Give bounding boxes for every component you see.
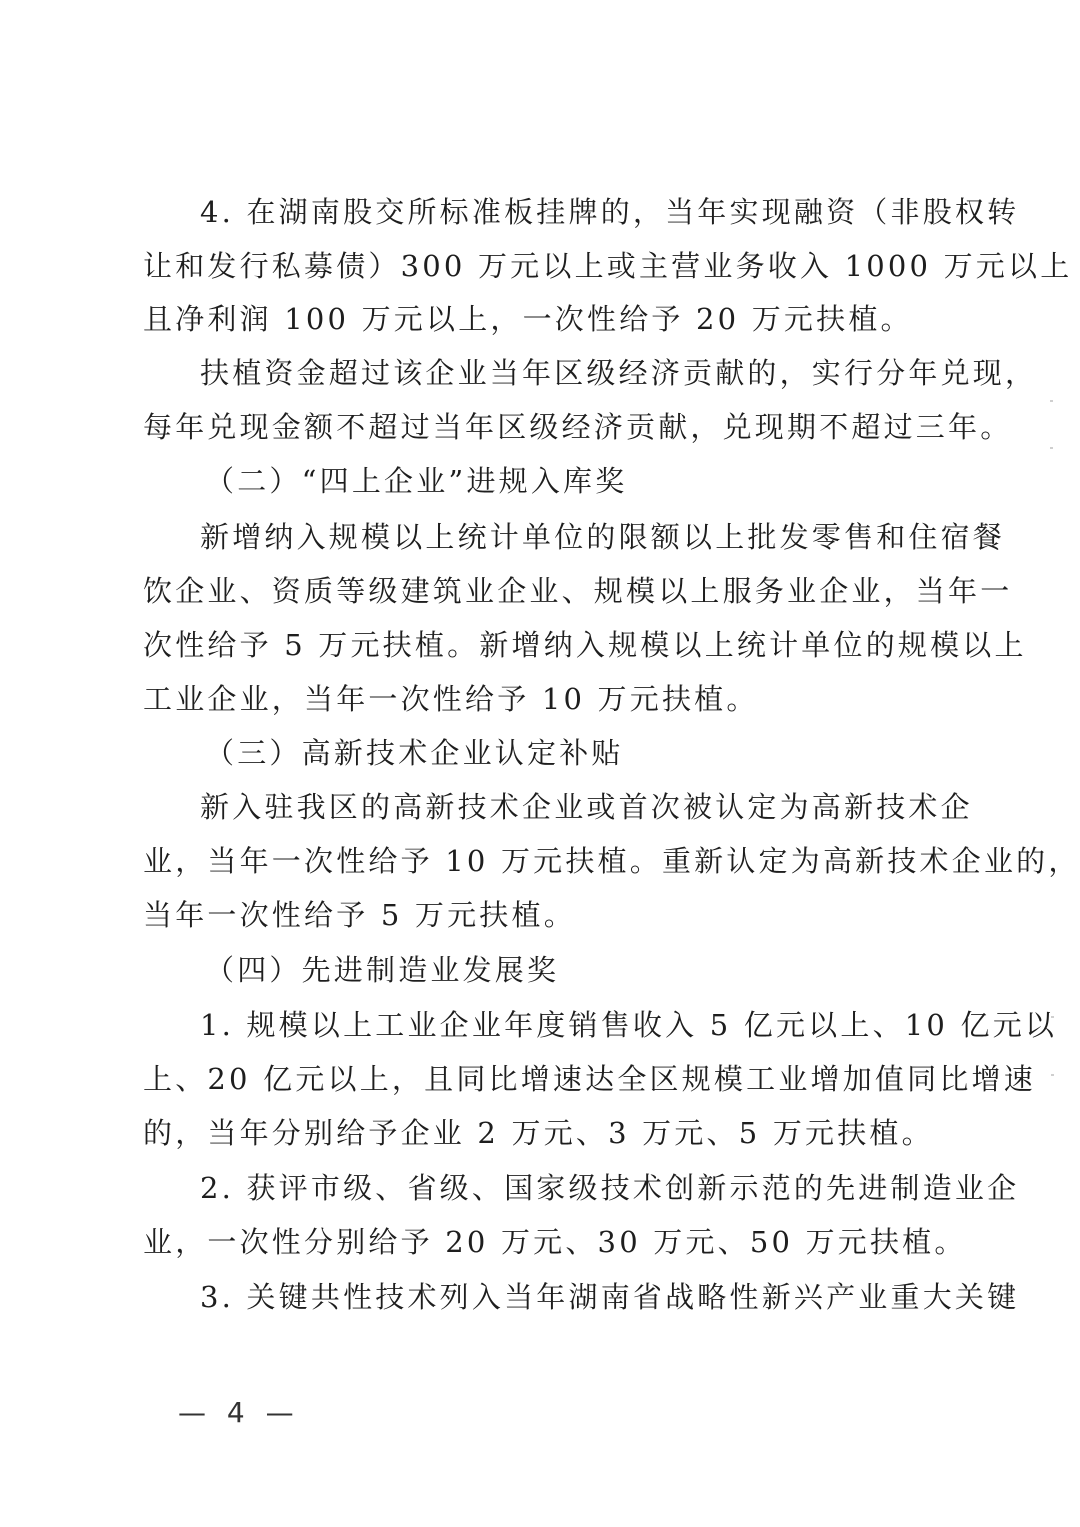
paragraph-line: 的，当年分别给予企业 2 万元、3 万元、5 万元扶植。 [143, 1106, 943, 1160]
paragraph-line: 饮企业、资质等级建筑业企业、规模以上服务业企业，当年一 [143, 564, 943, 618]
paragraph-line: 且净利润 100 万元以上，一次性给予 20 万元扶植。 [143, 292, 943, 346]
section-heading: （二）“四上企业”进规入库奖 [205, 454, 1005, 508]
paragraph-line: 工业企业，当年一次性给予 10 万元扶植。 [143, 672, 943, 726]
paragraph-line: 2. 获评市级、省级、国家级技术创新示范的先进制造业企 [200, 1161, 940, 1215]
paragraph-line: 3. 关键共性技术列入当年湖南省战略性新兴产业重大关键 [200, 1270, 940, 1324]
paragraph-line: 业，当年一次性给予 10 万元扶植。重新认定为高新技术企业的， [143, 834, 943, 888]
paragraph-line: 4. 在湖南股交所标准板挂牌的，当年实现融资（非股权转 [200, 185, 940, 239]
scan-speck [1051, 1074, 1054, 1076]
scan-speck [1051, 1016, 1054, 1018]
paragraph-line: 1. 规模以上工业企业年度销售收入 5 亿元以上、10 亿元以 [200, 998, 940, 1052]
paragraph-line: 新入驻我区的高新技术企业或首次被认定为高新技术企 [200, 780, 940, 834]
paragraph-line: 当年一次性给予 5 万元扶植。 [143, 888, 943, 942]
scan-speck [1050, 447, 1053, 449]
section-heading: （四）先进制造业发展奖 [205, 943, 1005, 997]
scan-speck [1050, 400, 1053, 402]
paragraph-line: 业，一次性分别给予 20 万元、30 万元、50 万元扶植。 [143, 1215, 943, 1269]
paragraph-line: 新增纳入规模以上统计单位的限额以上批发零售和住宿餐 [200, 510, 940, 564]
paragraph-line: 扶植资金超过该企业当年区级经济贡献的，实行分年兑现， [200, 346, 940, 400]
page-number: — 4 — [178, 1393, 300, 1433]
paragraph-line: 让和发行私募债）300 万元以上或主营业务收入 1000 万元以上 [143, 239, 943, 293]
section-heading: （三）高新技术企业认定补贴 [205, 726, 1005, 780]
paragraph-line: 每年兑现金额不超过当年区级经济贡献，兑现期不超过三年。 [143, 400, 943, 454]
paragraph-line: 次性给予 5 万元扶植。新增纳入规模以上统计单位的规模以上 [143, 618, 943, 672]
paragraph-line: 上、20 亿元以上，且同比增速达全区规模工业增加值同比增速 [143, 1052, 943, 1106]
document-page: 4. 在湖南股交所标准板挂牌的，当年实现融资（非股权转 让和发行私募债）300 … [0, 0, 1080, 1527]
